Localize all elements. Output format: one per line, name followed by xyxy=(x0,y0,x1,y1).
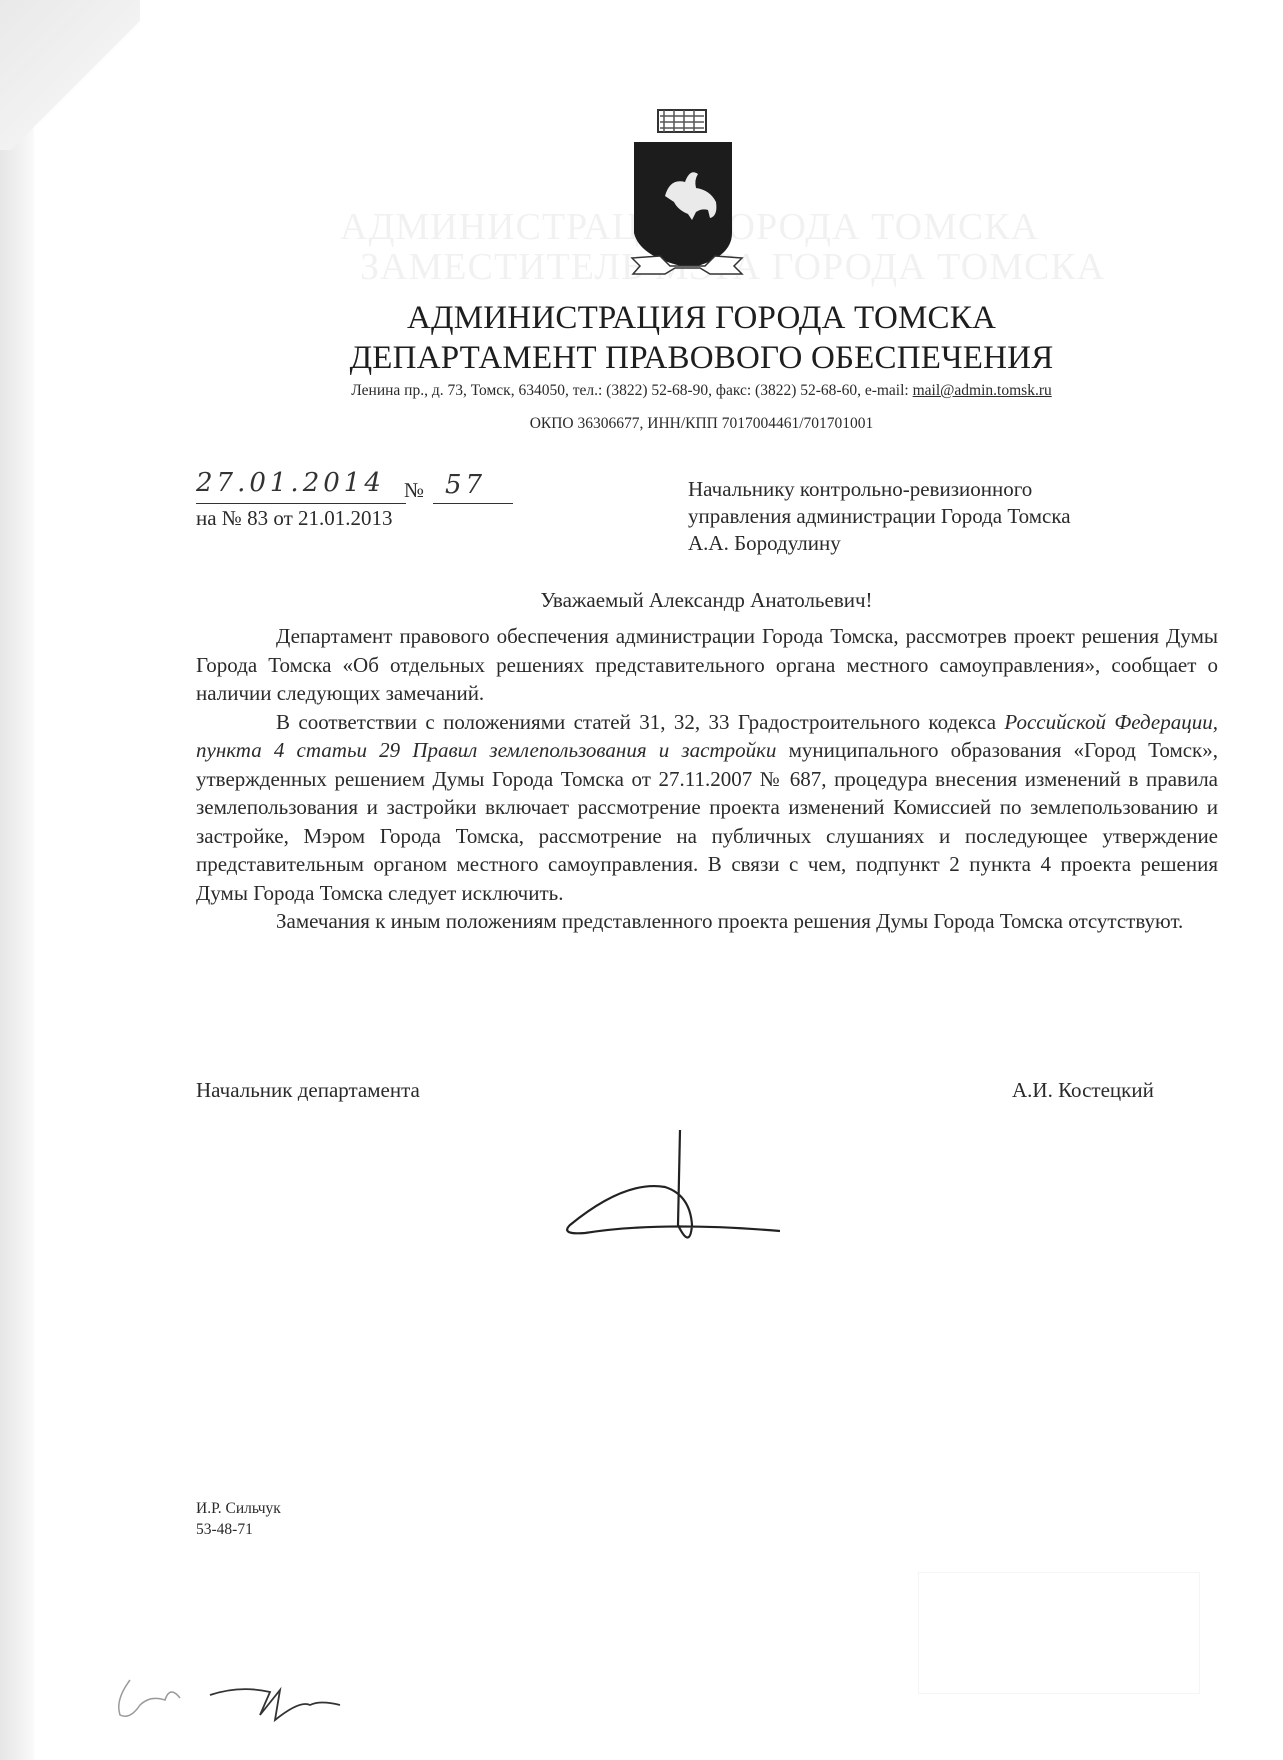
addressee-name: А.А. Бородулину xyxy=(688,530,1071,557)
email-link[interactable]: mail@admin.tomsk.ru xyxy=(913,382,1052,399)
executor-phone: 53-48-71 xyxy=(196,1519,281,1540)
addressee-department: управления администрации Города Томска xyxy=(688,503,1071,530)
signatory-name: А.И. Костецкий xyxy=(1012,1078,1154,1103)
paragraph-3: Замечания к иным положениям представленн… xyxy=(196,907,1218,936)
department-name: ДЕПАРТАМЕНТ ПРАВОВОГО ОБЕСПЕЧЕНИЯ xyxy=(0,340,1283,377)
outgoing-date-handwritten: 27.01.2014 xyxy=(196,468,385,498)
signatory-title: Начальник департамента xyxy=(196,1078,420,1103)
registry-codes: ОКПО 36306677, ИНН/КПП 7017004461/701701… xyxy=(0,415,1283,433)
executor-name: И.Р. Сильчук xyxy=(196,1498,281,1519)
date-underline xyxy=(196,503,406,504)
address-text: Ленина пр., д. 73, Томск, 634050, тел.: … xyxy=(351,382,912,399)
reference-number: на № 83 от 21.01.2013 xyxy=(196,506,393,531)
faded-registration-stamp xyxy=(918,1572,1200,1694)
approval-initials-icon xyxy=(110,1660,410,1730)
paragraph-2-start: В соответствии с положениями статей 31, … xyxy=(276,710,1004,734)
scan-fold-shadow xyxy=(0,0,34,1760)
letter-body: Департамент правового обеспечения админи… xyxy=(196,622,1218,936)
paragraph-1: Департамент правового обеспечения админи… xyxy=(196,622,1218,708)
greeting: Уважаемый Александр Анатольевич! xyxy=(0,588,1283,613)
paragraph-2-end: муниципального образования «Город Томск»… xyxy=(196,738,1218,905)
handwritten-signature-icon xyxy=(540,1125,840,1245)
addressee-block: Начальнику контрольно-ревизионного управ… xyxy=(688,476,1071,557)
contact-info: Ленина пр., д. 73, Томск, 634050, тел.: … xyxy=(0,382,1283,400)
number-sign: № xyxy=(404,478,424,503)
folded-corner xyxy=(0,0,140,150)
executor-block: И.Р. Сильчук 53-48-71 xyxy=(196,1498,281,1540)
organization-name: АДМИНИСТРАЦИЯ ГОРОДА ТОМСКА xyxy=(0,300,1283,337)
paragraph-2: В соответствии с положениями статей 31, … xyxy=(196,708,1218,908)
coat-of-arms-icon xyxy=(630,108,745,278)
addressee-position: Начальнику контрольно-ревизионного xyxy=(688,476,1071,503)
number-underline xyxy=(433,503,513,504)
outgoing-number-handwritten: 57 xyxy=(445,470,486,500)
